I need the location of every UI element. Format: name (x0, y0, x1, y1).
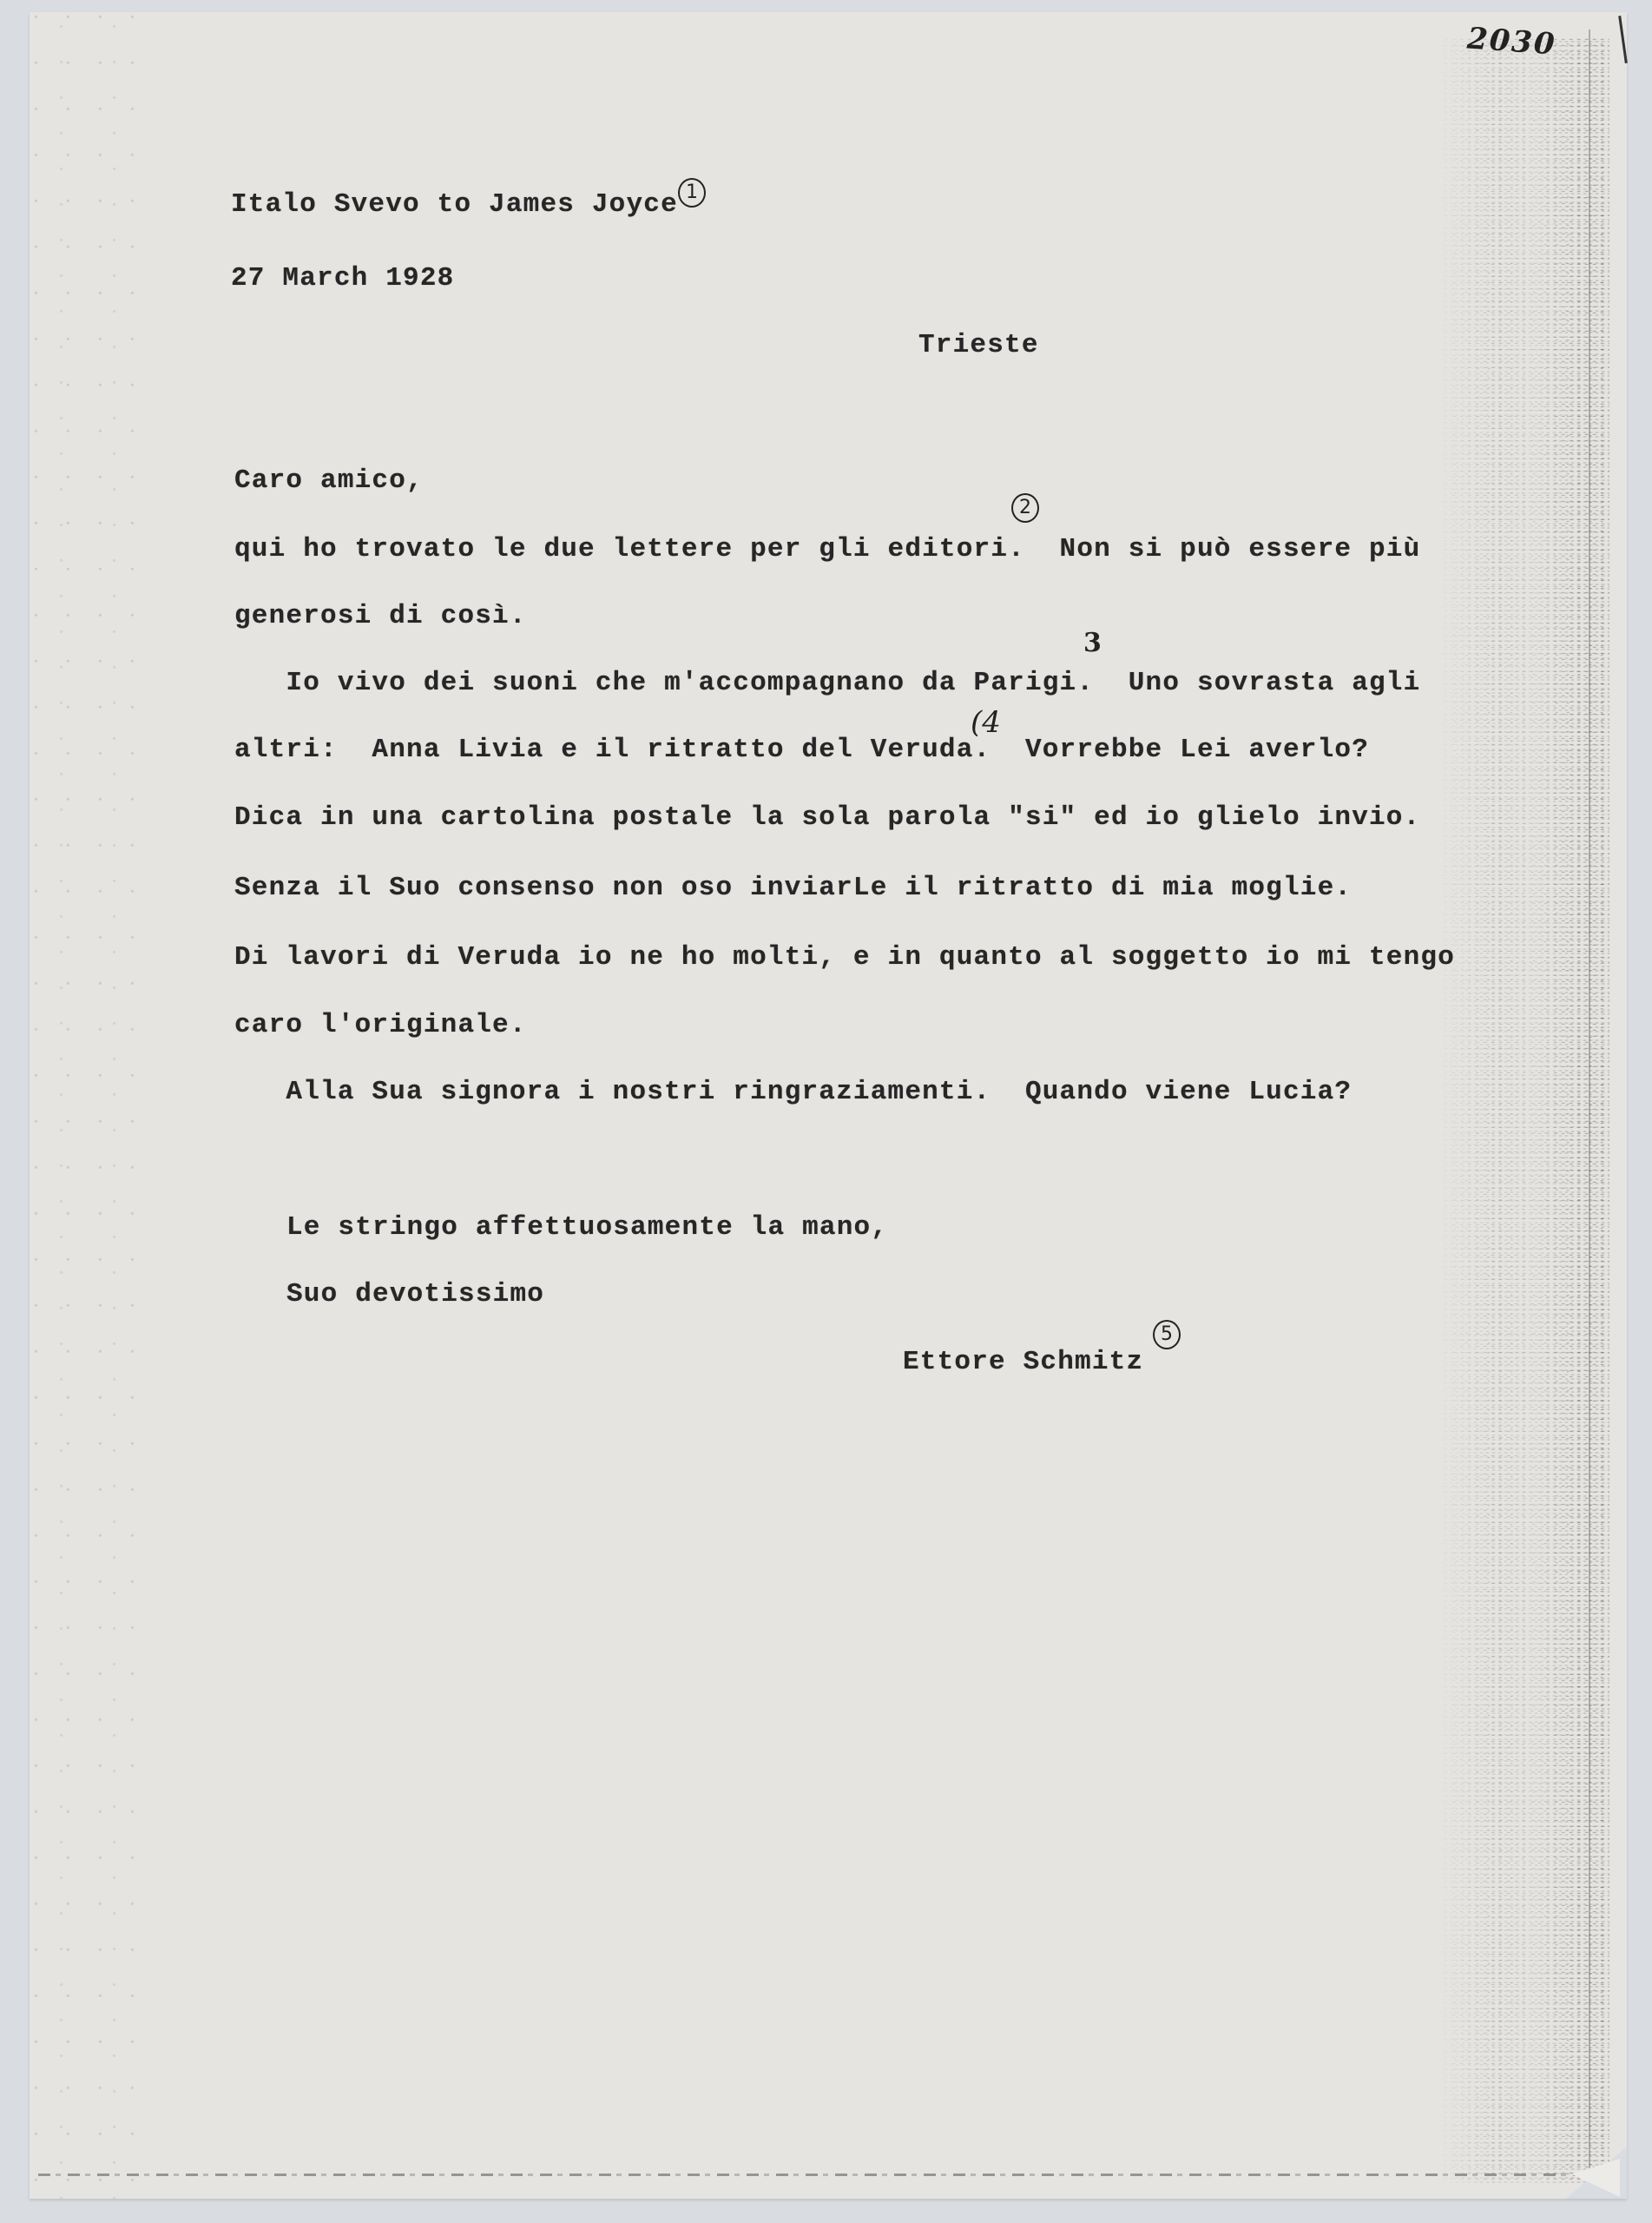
body-line: generosi di così. (234, 603, 527, 630)
footnote-marker-1: 1 (678, 178, 706, 208)
salutation: Caro amico, (234, 467, 424, 494)
photocopy-speckle-left (30, 12, 151, 2199)
body-line: Alla Sua signora i nostri ringraziamenti… (234, 1079, 1352, 1105)
letter-place: Trieste (918, 332, 1039, 359)
body-line: qui ho trovato le due lettere per gli ed… (234, 536, 1420, 563)
footnote-marker-4: (4 (971, 708, 1001, 737)
body-line: Io vivo dei suoni che m'accompagnano da … (234, 670, 1420, 696)
photocopy-bottom-edge (38, 2174, 1592, 2176)
photocopy-edge-line (1589, 30, 1590, 2174)
body-line: Senza il Suo consenso non oso inviarLe i… (234, 874, 1352, 901)
photocopy-shadow-right (1436, 38, 1609, 2183)
footnote-marker-3: 3 (1083, 630, 1102, 656)
letter-title: Italo Svevo to James Joyce (231, 191, 678, 218)
archive-number: 2030 (1466, 21, 1557, 62)
signature: Ettore Schmitz (903, 1349, 1143, 1375)
letter-date: 27 March 1928 (231, 265, 454, 292)
closing-line: Le stringo affettuosamente la mano, (286, 1214, 888, 1241)
body-line: Di lavori di Veruda io ne ho molti, e in… (234, 944, 1455, 971)
footnote-marker-5: 5 (1153, 1320, 1181, 1349)
body-line: altri: Anna Livia e il ritratto del Veru… (234, 736, 1369, 763)
body-line: caro l'originale. (234, 1012, 527, 1039)
footnote-marker-2: 2 (1011, 493, 1039, 523)
closing-line: Suo devotissimo (286, 1281, 544, 1308)
body-line: Dica in una cartolina postale la sola pa… (234, 804, 1420, 831)
